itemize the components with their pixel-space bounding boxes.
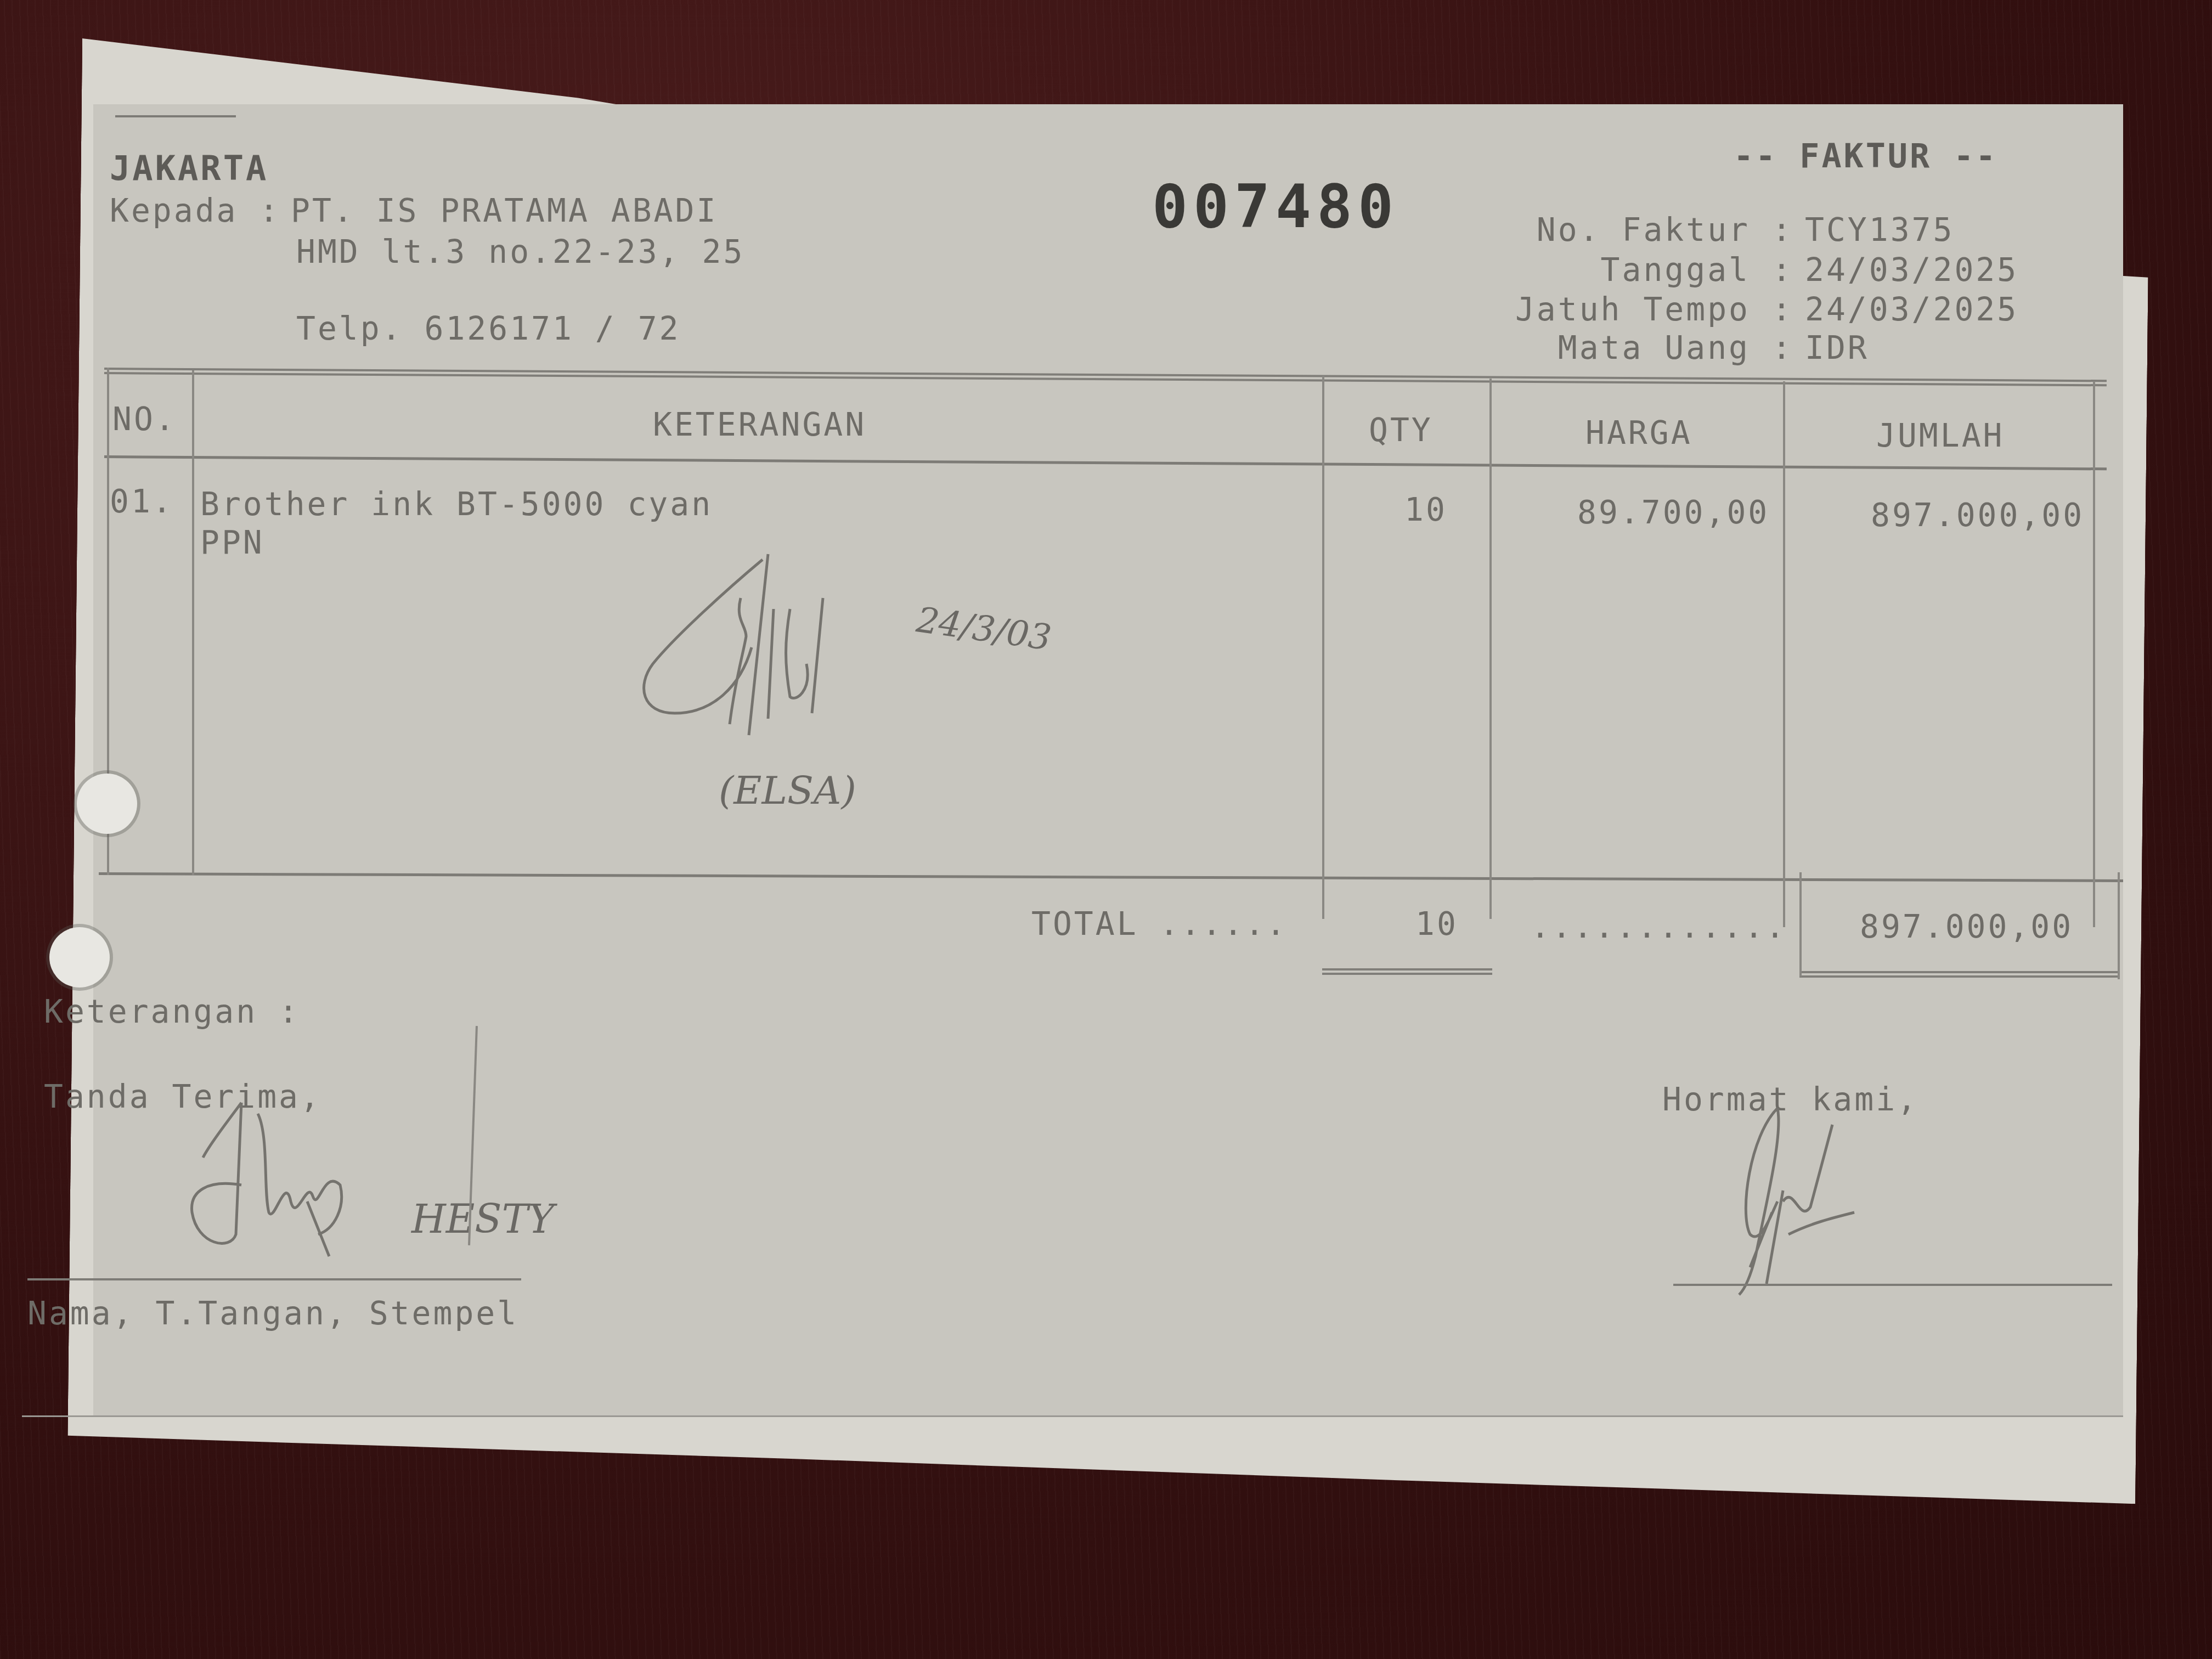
meta-sep: : [1772,211,1793,249]
received-name-handwritten: (ELSA) [719,768,856,813]
meta-label-currency: Mata Uang [1531,329,1750,366]
meta-sep: : [1772,329,1793,366]
meta-sep: : [1772,251,1793,289]
table-header-bottom-border [104,455,2107,470]
sender-signature-line [1673,1284,2112,1286]
meta-label-due-date: Jatuh Tempo [1509,291,1750,328]
receiver-caption: Nama, T.Tangan, Stempel [27,1295,518,1332]
table-top-border [104,368,2107,386]
col-divider [1783,381,1785,927]
total-qty: 10 [1415,905,1458,943]
total-amount-right-border [2118,872,2120,979]
table-body-bottom-border [99,872,2123,882]
total-filler: ............ [1531,908,1787,945]
col-header-no: NO. [112,400,177,438]
doc-title: -- FAKTUR -- [1734,137,1997,176]
invoice-print-area: JAKARTA Kepada : PT. IS PRATAMA ABADI HM… [93,104,2123,1415]
row-no: 01. [110,483,174,520]
col-header-amount: JUMLAH [1876,417,2005,454]
row-description: PPN [200,524,264,561]
row-description: Brother ink BT-5000 cyan [200,486,713,523]
meta-value-date: 24/03/2025 [1805,251,2018,289]
meta-value-invoice-no: TCY1375 [1805,211,1954,249]
receiver-signature-line [27,1278,521,1280]
meta-value-currency: IDR [1805,329,1869,366]
row-qty: 10 [1404,491,1447,528]
header-dash [115,115,236,117]
meta-label-date: Tanggal [1531,251,1750,289]
recipient-label: Kepada : [110,192,280,229]
receiver-handwritten-name: HESTY [411,1196,554,1242]
col-header-qty: QTY [1369,411,1433,449]
receiver-signature [176,1092,395,1269]
meta-sep: : [1772,291,1793,328]
print-bottom-border [22,1415,2123,1417]
col-divider [192,370,194,875]
recipient-address: HMD lt.3 no.22-23, 25 [296,233,744,270]
city-label: JAKARTA [110,148,268,188]
recipient-phone: Telp. 6126171 / 72 [296,310,681,347]
total-amount-left-border [1799,872,1802,977]
sender-signature [1717,1103,1882,1302]
meta-value-due-date: 24/03/2025 [1805,291,2018,328]
col-divider [1489,379,1492,919]
received-signature [631,554,861,765]
col-header-description: KETERANGAN [653,406,866,443]
total-amount: 897.000,00 [1860,908,2073,945]
total-amount-underline [1799,971,2118,978]
col-divider [1322,376,1324,919]
total-qty-underline [1322,968,1492,975]
serial-number: 007480 [1152,173,1399,241]
punch-hole [77,774,137,834]
total-label: TOTAL ...... [1031,905,1288,943]
received-date-handwritten: 24/3/03 [914,600,1054,659]
col-header-price: HARGA [1585,414,1692,452]
row-price: 89.700,00 [1577,494,1769,531]
meta-label-invoice-no: No. Faktur [1531,211,1750,249]
col-divider [2093,381,2095,927]
punch-hole [49,927,110,988]
recipient-name: PT. IS PRATAMA ABADI [291,192,718,229]
row-amount: 897.000,00 [1871,496,2084,534]
notes-label: Keterangan : [44,993,300,1030]
